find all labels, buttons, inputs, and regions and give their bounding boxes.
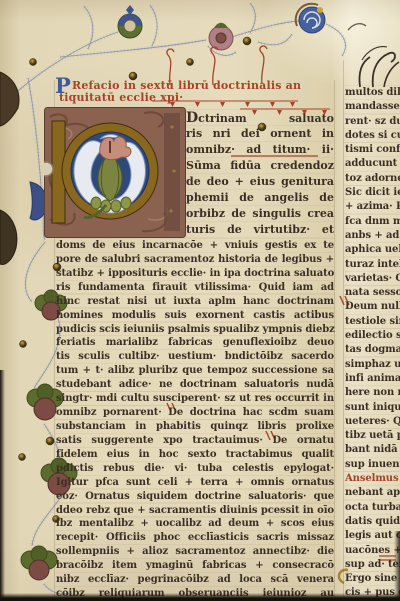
text-line: orbibz de singulis crea — [186, 206, 334, 222]
text-line: ueteres· Qui — [345, 415, 400, 429]
text-line: sollempniis + alioz sacramentoz annectib… — [56, 545, 334, 559]
text-line: de deo + eius genitura — [186, 174, 334, 190]
text-line: studebant adice· ne doctrinam saluatoris… — [56, 378, 334, 392]
text-line: Ergo sine ue — [345, 572, 400, 586]
ruling-vertical — [343, 60, 344, 601]
right-column-ascenders — [348, 24, 399, 87]
blue-bell-flower-icon — [118, 5, 142, 38]
text-line: Sūma fidūa credendoz — [186, 158, 334, 174]
text-line: datis quidem — [345, 515, 400, 529]
ruling-vertical — [334, 80, 335, 601]
text-line: singtr· mdi cultu susciperent· sz ut res… — [56, 392, 334, 406]
text-line: ddeo rebz que + sacramentis diuinis pces… — [56, 504, 334, 518]
text-line: substanciam in phabitis quinqz libris pr… — [56, 420, 334, 434]
text-line: testiole simpl — [345, 315, 400, 329]
text-line: Deum nulle g — [345, 300, 400, 314]
text-line: recepit· Officiis phoc ecclīasticis sacr… — [56, 531, 334, 545]
text-line: toz adornent — [345, 172, 400, 186]
text-line: edilectio scrip — [345, 329, 400, 343]
text-line: tum + t· alibz pluribz que tempoz succes… — [56, 364, 334, 378]
text-line: turis de virtutibz· et — [186, 222, 334, 238]
text-line: sup ad· terti il — [345, 558, 400, 572]
text-line: here non mec — [345, 386, 400, 400]
text-line: dotes si cum t — [345, 129, 400, 143]
text-line: octa turba nil — [345, 501, 400, 515]
text-line: omnibz pornarent· De doctrina hac scdm s… — [56, 406, 334, 420]
text-line: adducunt ue — [345, 157, 400, 171]
text-line: doms de eius incarnacōe + vniuis gestis … — [56, 239, 334, 253]
text-line: ris fundamenta firauit vtilissima· Quid … — [56, 281, 334, 295]
text-line: ibz mentalibz + uocalibz ad deum + scos … — [56, 517, 334, 531]
text-line: fca dnm merc — [345, 215, 400, 229]
text-line: Igitur pfca sunt celi + terra + omnis or… — [56, 476, 334, 490]
text-line: Anselmus — [345, 472, 400, 486]
text-line: tismi confirm — [345, 143, 400, 157]
text-line: satis suggerente xpo tractauimus· De orn… — [56, 434, 334, 448]
blue-spiral-flower-icon — [296, 4, 325, 33]
text-line: infi anima n — [345, 372, 400, 386]
text-line: nata sessoze — [345, 286, 400, 300]
frame-roundel — [44, 162, 53, 176]
text-line: nebant apli s — [345, 486, 400, 500]
text-line: pudicis scis ieiuniis psalmis spualibz y… — [56, 323, 334, 337]
text-line: Sic dicit ieron — [345, 186, 400, 200]
text-line: rent· sz ducer — [345, 115, 400, 129]
text-line: anbs + ad di — [345, 229, 400, 243]
text-line: legis aut conc — [345, 529, 400, 543]
text-line: statibz + ipposituris ecclie· in ipa doc… — [56, 267, 334, 281]
text-line: varietas· Qr — [345, 272, 400, 286]
pink-bell-flower-icon — [209, 23, 233, 50]
text-line: omnibz· ad titum· ii· — [186, 142, 334, 158]
manuscript-page: PRefacio in sextū librū doctrinalis an t… — [0, 0, 400, 601]
text-line: sup inuentū — [345, 458, 400, 472]
text-line: fidelem eius in hoc sexto tractabimus qu… — [56, 448, 334, 462]
text-line: sunt iniquis c — [345, 401, 400, 415]
text-line: phemii de angelis de — [186, 190, 334, 206]
photo-edge-right — [394, 531, 400, 601]
text-line: hinc restat nisi ut iuxta aplm hanc doct… — [56, 295, 334, 309]
dark-leaf-icon — [0, 72, 47, 264]
text-line: tibz uetā picr — [345, 429, 400, 443]
text-line: pore de salubri sacramentoz historia de … — [56, 253, 334, 267]
text-line: multos dilig — [345, 86, 400, 100]
text-line: Dctrinam saluato — [186, 110, 334, 126]
text-line: mandasse eis — [345, 100, 400, 114]
text-line: + azima· Post — [345, 200, 400, 214]
rubric-line-2: tiquitatū ecclie xpi· — [59, 92, 340, 104]
text-line: bant nidā ue — [345, 443, 400, 457]
text-line: tis sculis cultibz· uestium· bndictōibz … — [56, 350, 334, 364]
text-line: eoz· Ornatus siquidem doctrine saluatori… — [56, 490, 334, 504]
text-line: turaz intelli — [345, 258, 400, 272]
text-line: uacōnes + cur — [345, 544, 400, 558]
text-line: pdictis rebus die· vi· tuba celestis epy… — [56, 462, 334, 476]
left-column-wrapped-text: Dctrinam saluatoris nri dei ornent inomn… — [186, 110, 334, 238]
text-line: nibz ecclīaz· pegrinacōibz ad loca scā v… — [56, 573, 334, 587]
text-line: tas dogmatū — [345, 343, 400, 357]
text-line: ris nri dei ornent in — [186, 126, 334, 142]
text-line: bracōibz item ymaginū fabricas + consecr… — [56, 559, 334, 573]
left-column-text: doms de eius incarnacōe + vniuis gestis … — [56, 239, 334, 601]
illuminated-initial-d — [44, 107, 186, 238]
text-line: homines modulis suis exornent castis act… — [56, 309, 334, 323]
right-column-text: multos diligmandasse eisrent· sz ducerdo… — [345, 86, 400, 601]
text-line: feriatis marialibz fabricas genuflexioib… — [56, 336, 334, 350]
rubric-heading: PRefacio in sextū librū doctrinalis an t… — [55, 80, 340, 104]
photo-edge-left — [0, 370, 5, 601]
photo-edge-bottom — [0, 593, 400, 601]
text-line: aphica uel do — [345, 243, 400, 257]
text-line: simphaz uest — [345, 358, 400, 372]
